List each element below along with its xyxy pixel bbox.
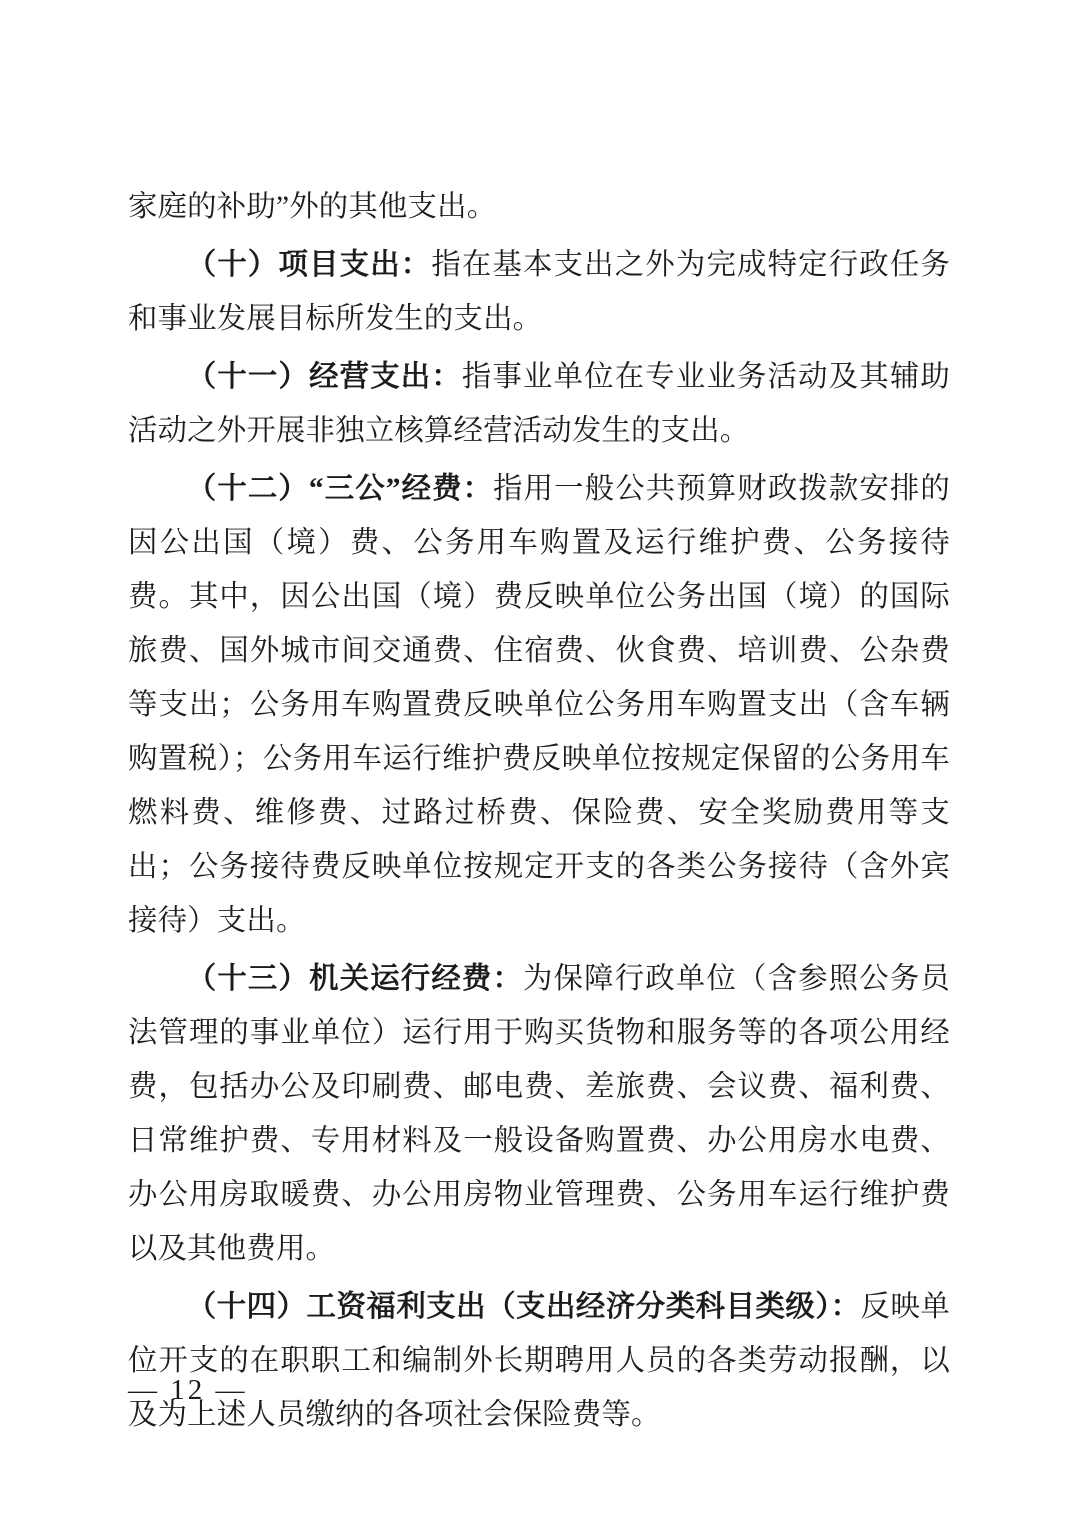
paragraph-lead: （十四）工资福利支出（支出经济分类科目类级）： xyxy=(187,1291,861,1323)
paragraph-lead: （十二）“三公”经费： xyxy=(187,473,493,505)
document-body: 家庭的补助”外的其他支出。（十）项目支出：指在基本支出之外为完成特定行政任务和事… xyxy=(128,180,950,1442)
paragraph-text: 为保障行政单位（含参照公务员法管理的事业单位）运行用于购买货物和服务等的各项公用… xyxy=(128,963,950,1265)
page-number: — 12 — xyxy=(128,1368,248,1412)
paragraph-lead: （十三）机关运行经费： xyxy=(187,963,523,995)
paragraph-text: 家庭的补助”外的其他支出。 xyxy=(128,191,496,223)
paragraph: （十四）工资福利支出（支出经济分类科目类级）：反映单位开支的在职职工和编制外长期… xyxy=(128,1280,950,1442)
paragraph-lead: （十）项目支出： xyxy=(187,249,432,281)
paragraph: （十三）机关运行经费：为保障行政单位（含参照公务员法管理的事业单位）运行用于购买… xyxy=(128,952,950,1276)
paragraph: （十二）“三公”经费：指用一般公共预算财政拨款安排的因公出国（境）费、公务用车购… xyxy=(128,462,950,948)
paragraph: （十）项目支出：指在基本支出之外为完成特定行政任务和事业发展目标所发生的支出。 xyxy=(128,238,950,346)
paragraph: （十一）经营支出：指事业单位在专业业务活动及其辅助活动之外开展非独立核算经营活动… xyxy=(128,350,950,458)
document-page: 家庭的补助”外的其他支出。（十）项目支出：指在基本支出之外为完成特定行政任务和事… xyxy=(0,0,1075,1520)
paragraph-lead: （十一）经营支出： xyxy=(187,361,462,393)
paragraph: 家庭的补助”外的其他支出。 xyxy=(128,180,950,234)
paragraph-text: 指用一般公共预算财政拨款安排的因公出国（境）费、公务用车购置及运行维护费、公务接… xyxy=(128,473,950,937)
